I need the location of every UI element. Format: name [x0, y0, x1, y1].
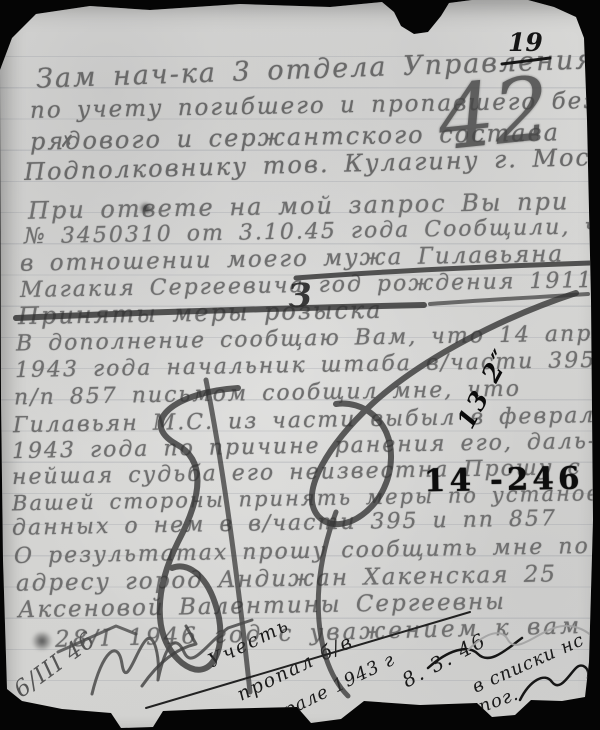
document-page: Зам нач-ка 3 отдела Управления по учету … — [0, 0, 600, 730]
scan-vignette — [0, 0, 600, 730]
scanned-letter-page: Зам нач-ка 3 отдела Управления по учету … — [0, 0, 600, 730]
